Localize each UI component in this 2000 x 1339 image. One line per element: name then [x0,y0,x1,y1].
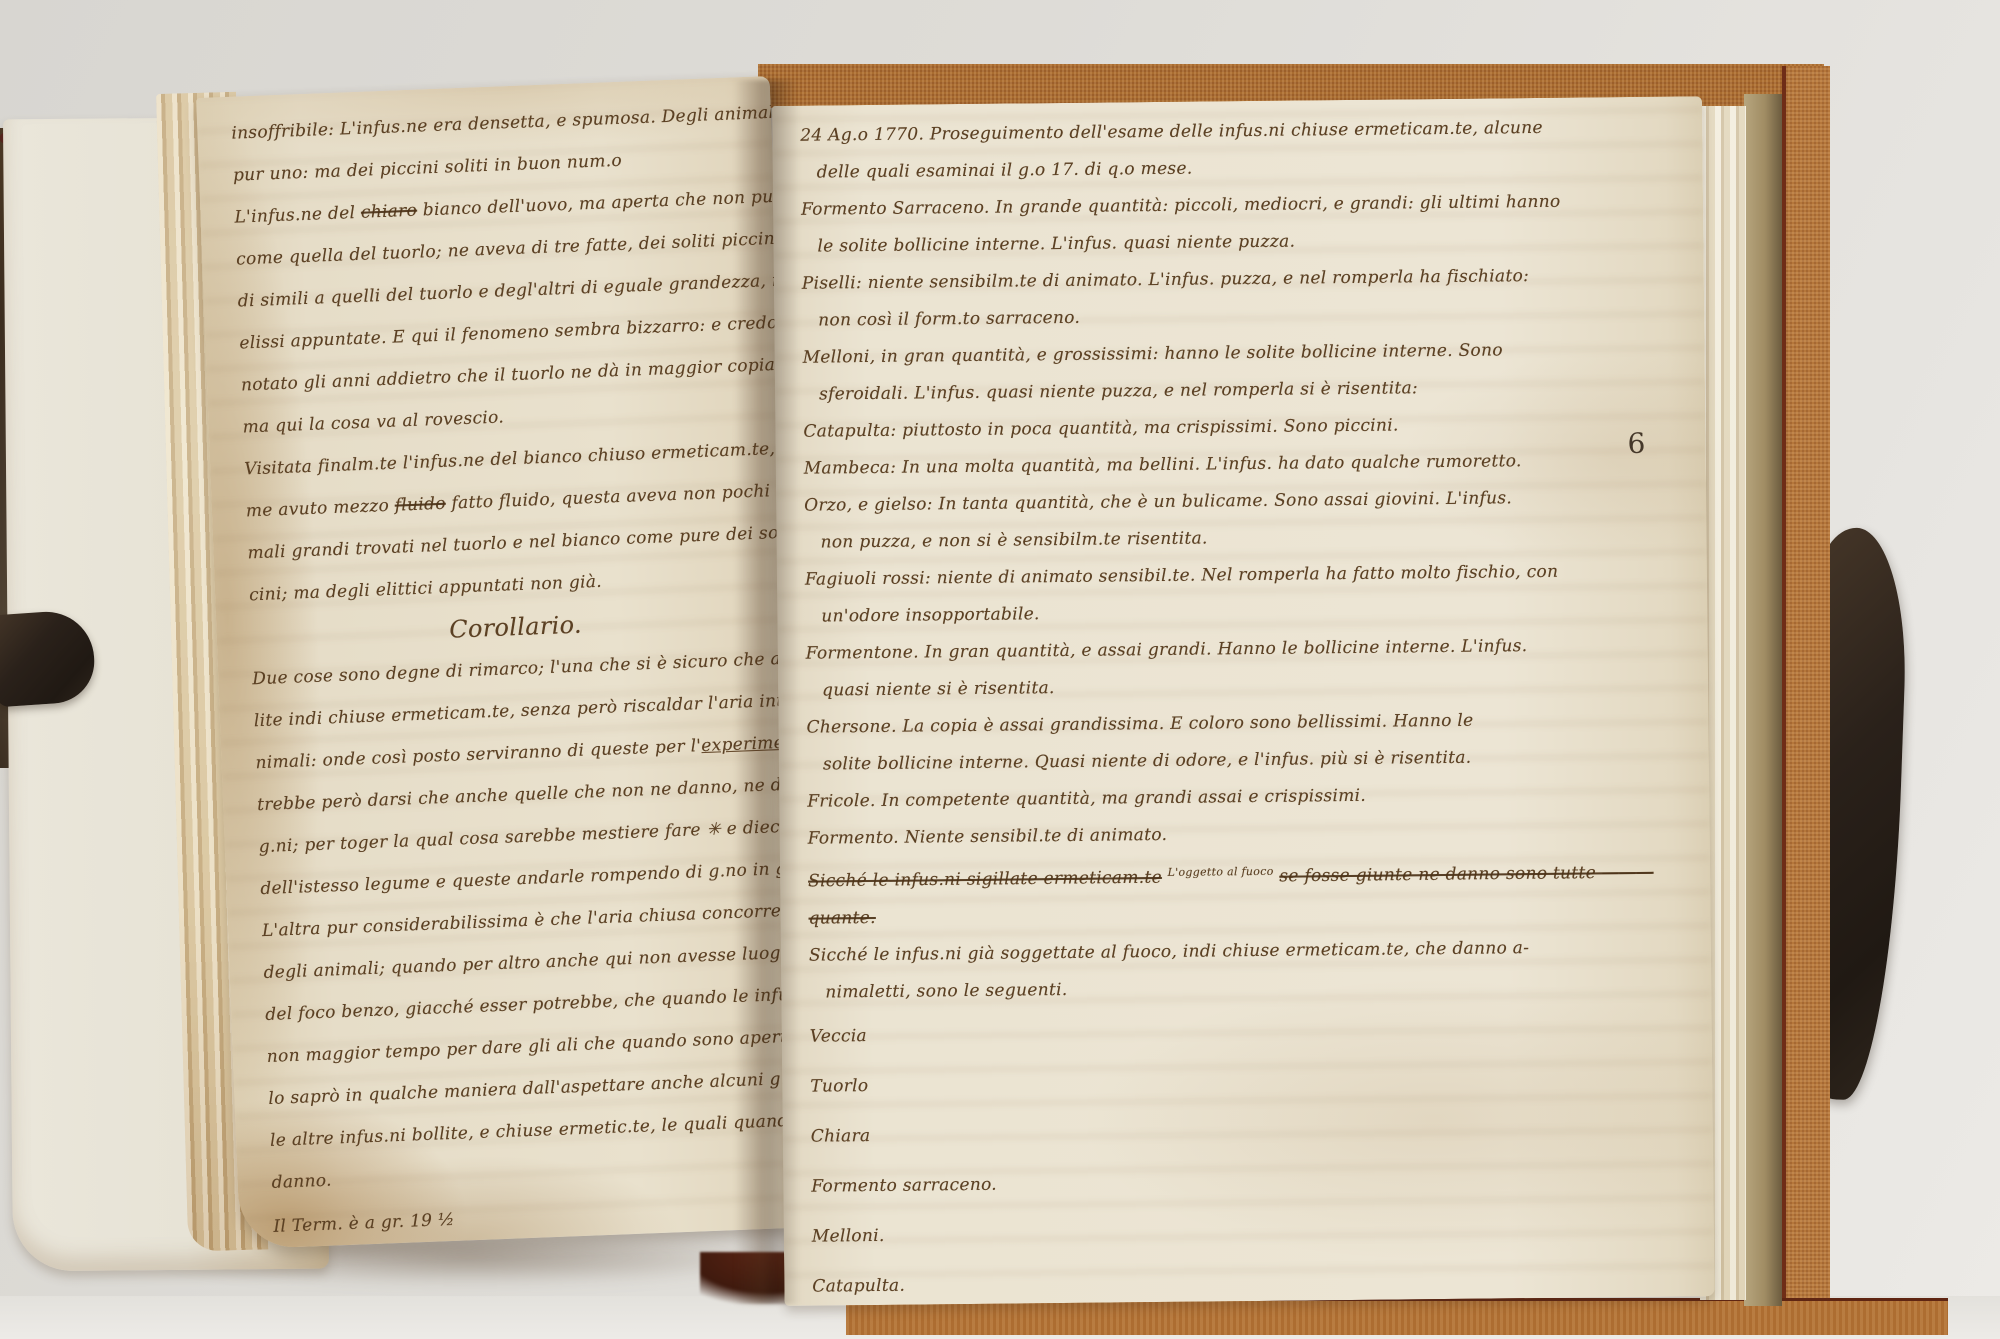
text-segment: le solite bollicine interne. L'infus. qu… [817,232,1295,257]
text-segment: Corollario. [449,611,582,644]
text-segment: Formento. Niente sensibil.te di animato. [808,825,1168,849]
box-frame-right [1782,66,1830,1326]
text-segment: nimali: onde così posto serviranno di qu… [255,736,702,773]
page-number: 6 [1627,427,1646,460]
text-segment: Melloni, in gran quantità, e grossissimi… [803,340,1503,367]
text-segment: Sicché le infus.ni già soggettate al fuo… [809,938,1530,966]
manuscript-line: Tuorlo [810,1052,1676,1111]
text-segment: Fricole. In competente quantità, ma gran… [807,786,1366,812]
text-segment: delle quali esaminai il g.o 17. di q.o m… [817,159,1193,183]
text-segment: pur uno: ma dei piccini soliti in buon n… [233,151,623,186]
right-manuscript-page: 6 24 Ag.o 1770. Proseguimento dell'esame… [772,96,1715,1306]
text-segment: L'oggetto al fuoco [1167,865,1273,879]
text-segment: Piselli: niente sensibilm.te di animato.… [802,266,1529,294]
text-segment: Chiara [811,1126,871,1147]
right-page-handwriting: 24 Ag.o 1770. Proseguimento dell'esame d… [772,96,1715,1306]
text-segment: ma qui la cosa va al rovescio. [242,407,504,437]
text-segment: Formentone. In gran quantità, e assai gr… [806,636,1528,664]
text-segment: danno. [271,1171,332,1193]
photo-open-manuscript-book: LoSMCaL insoffribile: L'infus.ne era den… [0,0,2000,1339]
text-segment: Mambeca: In una molta quantità, ma belli… [804,451,1522,479]
text-segment: Formento sarraceno. [811,1174,997,1196]
manuscript-line: Chiara [811,1102,1677,1161]
manuscript-line: Catapulta. [812,1252,1678,1306]
text-segment: Il Term. è a gr. 19 ½ [273,1210,455,1237]
text-segment: Catapulta: piuttosto in poca quantità, m… [803,415,1398,441]
text-segment: non puzza, e non si è sensibilm.te risen… [820,528,1207,552]
text-segment: Sicché le infus.ni sigillate ermeticam.t… [808,868,1162,892]
text-segment: Melloni. [812,1226,885,1247]
text-segment: nimaletti, sono le seguenti. [825,980,1067,1003]
text-segment: Veccia [810,1026,867,1047]
box-interior-shadow [1744,94,1782,1306]
manuscript-line: Formento sarraceno. [811,1152,1677,1211]
text-segment: 24 Ag.o 1770. Proseguimento dell'esame d… [800,118,1543,146]
text-segment: chiaro [361,201,418,223]
text-segment: quasi niente si è risentita. [822,678,1055,700]
manuscript-line: Melloni. [812,1202,1678,1261]
manuscript-line: Veccia [809,1002,1675,1061]
text-segment: sferoidali. L'infus. quasi niente puzza,… [819,378,1418,404]
text-segment: Formento Sarraceno. In grande quantità: … [801,192,1561,220]
text-segment: Orzo, e gielso: In tanta quantità, che è… [804,488,1512,515]
text-segment: Catapulta. [812,1275,905,1296]
text-segment: quante. [808,908,876,929]
text-segment: non così il form.to sarraceno. [818,308,1080,331]
text-segment: Fagiuoli rossi: niente di animato sensib… [805,562,1559,590]
text-segment: me avuto mezzo [246,496,396,522]
text-segment: solite bollicine interne. Quasi niente d… [823,748,1472,775]
gutter-shadow [734,80,800,1304]
text-segment: un'odore insopportabile. [821,604,1040,626]
text-segment: se fosse giunte ne danno sono tutte ——— [1279,862,1653,886]
text-segment: fluido [394,494,446,516]
left-page-handwriting: insoffribile: L'infus.ne era densetta, e… [196,76,814,1249]
text-segment: L'infus.ne del [234,203,361,228]
manuscript-line: Sicché le infus.ni sigillate ermeticam.t… [808,849,1674,901]
text-segment: Tuorlo [810,1076,868,1097]
text-segment: cini; ma degli elittici appuntati non gi… [249,572,603,606]
text-segment: Chersone. La copia è assai grandissima. … [806,711,1473,738]
left-manuscript-page: insoffribile: L'infus.ne era densetta, e… [196,76,814,1249]
